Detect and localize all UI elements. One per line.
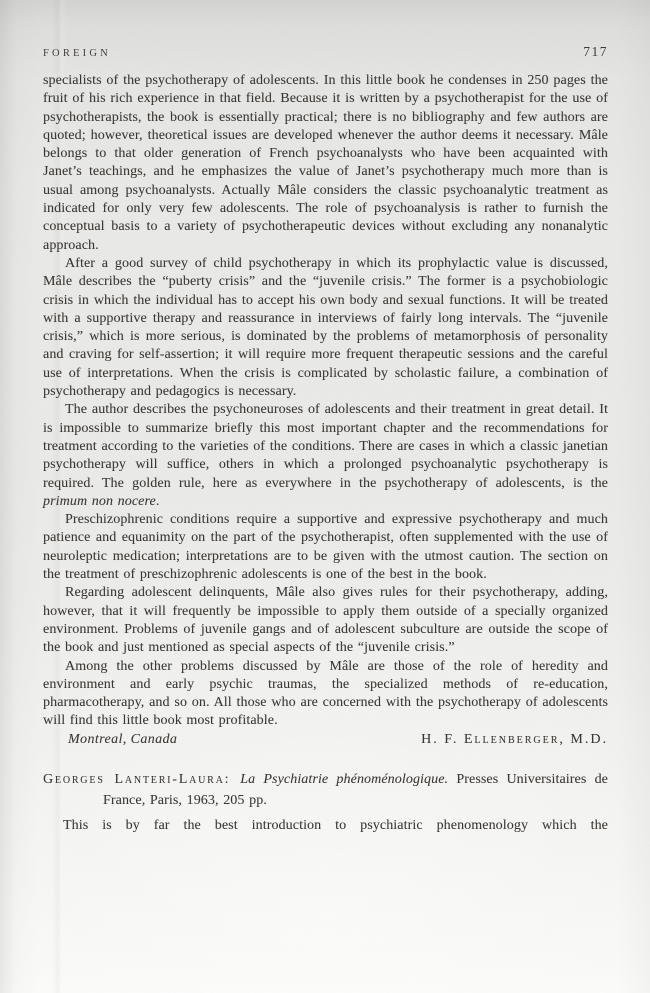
- signature-author: H. F. Ellenberger, M.D.: [421, 731, 608, 749]
- text-segment: .: [156, 494, 160, 509]
- section-label: FOREIGN: [43, 48, 111, 59]
- text-segment: Among the other problems discussed by Mâ…: [43, 659, 608, 729]
- page-content: FOREIGN 717 specialists of the psychothe…: [43, 44, 608, 835]
- text-segment: This is by far the best introduction to …: [63, 818, 608, 833]
- text-segment-smallcaps: Georges Lanteri-Laura:: [43, 772, 240, 787]
- paragraph: Georges Lanteri-Laura: La Psychiatrie ph…: [43, 769, 608, 812]
- paragraph: The author describes the psychoneuroses …: [43, 401, 608, 511]
- text-segment: Preschizophrenic conditions require a su…: [43, 512, 608, 582]
- paragraph: Among the other problems discussed by Mâ…: [43, 658, 608, 731]
- scanned-journal-page: FOREIGN 717 specialists of the psychothe…: [0, 0, 650, 993]
- paragraph: This is by far the best introduction to …: [43, 817, 608, 835]
- signature-place: Montreal, Canada: [43, 731, 177, 749]
- review-lanteri-citation: Georges Lanteri-Laura: La Psychiatrie ph…: [43, 769, 608, 812]
- text-segment-italic: primum non nocere: [43, 494, 156, 509]
- text-segment: specialists of the psychotherapy of adol…: [43, 73, 608, 253]
- text-segment-italic: La Psychiatrie phénoménologique.: [240, 772, 448, 787]
- text-segment: Regarding adolescent delinquents, Mâle a…: [43, 585, 608, 655]
- paragraph: Preschizophrenic conditions require a su…: [43, 511, 608, 584]
- paragraph: specialists of the psychotherapy of adol…: [43, 72, 608, 255]
- review-male-body: specialists of the psychotherapy of adol…: [43, 72, 608, 731]
- review-lanteri-body: This is by far the best introduction to …: [43, 817, 608, 835]
- paragraph: Regarding adolescent delinquents, Mâle a…: [43, 584, 608, 657]
- text-segment: The author describes the psychoneuroses …: [43, 402, 608, 490]
- paragraph: After a good survey of child psychothera…: [43, 255, 608, 401]
- running-head: FOREIGN 717: [43, 44, 608, 60]
- signature-row: Montreal, Canada H. F. Ellenberger, M.D.: [43, 731, 608, 749]
- text-segment: After a good survey of child psychothera…: [43, 256, 608, 399]
- page-number: 717: [583, 44, 608, 60]
